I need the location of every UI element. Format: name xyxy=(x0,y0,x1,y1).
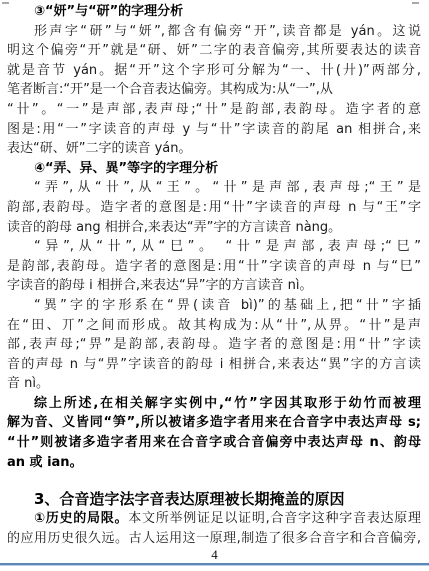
text-line: ④“弄、异、異”等字的字理分析 xyxy=(0,159,429,179)
text-line: ③“妍”与“研”的字理分析 xyxy=(0,2,429,22)
text-line: ①历史的局限。本文所举例证足以证明,合音字这种字音表达原理 xyxy=(0,509,429,529)
text-line: 韵部,表韵母。造字者的意图是:用“卄”字读音的声母 n 与“王”字 xyxy=(0,198,429,218)
text-segment: 部,表声母;“畀”是韵部,表韵母。造字者的意图是:用“卄”字读 xyxy=(7,337,421,352)
text-segment: 笔者断言:“开”是一个合音表达偏旁。其构成为:从“一”,从 xyxy=(7,82,333,97)
text-segment: 表达“研、妍”二字的读音 yán。 xyxy=(7,141,192,156)
bold-text-segment: “卄”则被诸多造字者用来在合音字或合音偏旁中表达声母 n、韵母 xyxy=(7,435,421,450)
text-line: 表达“研、妍”二字的读音 yán。 xyxy=(0,139,429,159)
text-line: 形声字“研”与“妍”,都含有偏旁“开”,读音都是 yán。这说 xyxy=(0,22,429,42)
text-line: 解为音、义皆同“笋”,所以被诸多造字者用来在合音字中表达声母 s; xyxy=(0,413,429,433)
text-segment: 音的声母 n 与“畀”字读音的韵母 i 相拼合,来表达“異”字的方言读 xyxy=(7,357,421,372)
text-line: “弄”,从“卄”,从“王”。“卄”是声部,表声母;“王”是 xyxy=(0,178,429,198)
bold-text-segment: 3、合音造字法字音表达原理被长期掩盖的原因 xyxy=(34,490,344,508)
text-line: 是韵部,表韵母。造字者的意图是:用“卄”字读音的声母 n 与“巳” xyxy=(0,257,429,277)
text-segment: 韵部,表韵母。造字者的意图是:用“卄”字读音的声母 n 与“王”字 xyxy=(7,200,421,215)
document-page: ③“妍”与“研”的字理分析形声字“研”与“妍”,都含有偏旁“开”,读音都是 yá… xyxy=(0,0,429,571)
text-segment: 就是音节 yán。据“开”这个字形可分解为“一、卄(廾)”两部分, xyxy=(7,63,421,78)
text-line: 音 nì。 xyxy=(0,374,429,394)
text-segment: 的应用历史很久远。古人运用这一原理,制造了很多合音字和合音偏旁, xyxy=(7,531,421,546)
text-segment: 是韵部,表韵母。造字者的意图是:用“卄”字读音的声母 n 与“巳” xyxy=(7,259,421,274)
text-segment: “卄”。“一”是声部,表声母;“卄”是韵部,表韵母。造字者的意 xyxy=(7,102,421,117)
text-segment: “異”字的字形系在“畀(读音 bì)”的基础上,把“卄”字插 xyxy=(34,298,421,313)
bold-text-segment: ①历史的局限。 xyxy=(34,511,128,526)
text-line: 读音的韵母 ang 相拼合,来表达“弄”字的方言读音 nàng。 xyxy=(0,218,429,238)
text-segment: “异”,从“卄”,从“巳”。 “卄”是声部,表声母;“巳” xyxy=(34,239,421,254)
text-segment: 本文所举例证足以证明,合音字这种字音表达原理 xyxy=(128,511,421,526)
text-line: “异”,从“卄”,从“巳”。 “卄”是声部,表声母;“巳” xyxy=(0,237,429,257)
page-number: 4 xyxy=(0,548,429,562)
text-line: 就是音节 yán。据“开”这个字形可分解为“一、卄(廾)”两部分, xyxy=(0,61,429,81)
text-line: 的应用历史很久远。古人运用这一原理,制造了很多合音字和合音偏旁, xyxy=(0,529,429,549)
footer-rule-highlight xyxy=(0,565,429,566)
text-segment: 明这个偏旁“开”就是“研、妍”二字的表音偏旁,其所要表达的读音 xyxy=(7,43,421,58)
text-segment: 读音的韵母 ang 相拼合,来表达“弄”字的方言读音 nàng。 xyxy=(7,220,341,235)
bold-text-segment: ④“弄、异、異”等字的字理分析 xyxy=(34,161,218,176)
text-line: 在“田、丌”之间而形成。故其构成为:从“卄”,从畀。“卄”是声 xyxy=(0,316,429,336)
text-line: 明这个偏旁“开”就是“研、妍”二字的表音偏旁,其所要表达的读音 xyxy=(0,41,429,61)
bold-text-segment: 解为音、义皆同“笋”,所以被诸多造字者用来在合音字中表达声母 s; xyxy=(7,415,421,430)
text-line: 音的声母 n 与“畀”字读音的韵母 i 相拼合,来表达“異”字的方言读 xyxy=(0,355,429,375)
bold-text-segment: an 或 ian。 xyxy=(7,455,83,470)
text-segment: 在“田、丌”之间而形成。故其构成为:从“卄”,从畀。“卄”是声 xyxy=(7,318,421,333)
text-line: “異”字的字形系在“畀(读音 bì)”的基础上,把“卄”字插 xyxy=(0,296,429,316)
text-line: 字读音的韵母 i 相拼合,来表达“异”字的方言读音 nì。 xyxy=(0,276,429,296)
text-segment: 字读音的韵母 i 相拼合,来表达“异”字的方言读音 nì。 xyxy=(7,278,312,293)
bold-text-segment: 综上所述,在相关解字实例中,“竹”字因其取形于幼竹而被理 xyxy=(34,396,421,411)
text-segment: 形声字“研”与“妍”,都含有偏旁“开”,读音都是 yán。这说 xyxy=(34,24,421,39)
text-line: 图是:用“一”字读音的声母 y 与“卄”字读音的韵尾 an 相拼合,来 xyxy=(0,120,429,140)
text-line: an 或 ian。 xyxy=(0,453,429,473)
bold-text-segment: ③“妍”与“研”的字理分析 xyxy=(34,4,183,19)
text-line: “卄”则被诸多造字者用来在合音字或合音偏旁中表达声母 n、韵母 xyxy=(0,433,429,453)
text-segment: 图是:用“一”字读音的声母 y 与“卄”字读音的韵尾 an 相拼合,来 xyxy=(7,122,421,137)
text-segment: 音 nì。 xyxy=(7,376,49,391)
text-segment: “弄”,从“卄”,从“王”。“卄”是声部,表声母;“王”是 xyxy=(34,180,421,195)
section-heading: 3、合音造字法字音表达原理被长期掩盖的原因 xyxy=(0,489,429,509)
text-line: “卄”。“一”是声部,表声母;“卄”是韵部,表韵母。造字者的意 xyxy=(0,100,429,120)
text-line: 综上所述,在相关解字实例中,“竹”字因其取形于幼竹而被理 xyxy=(0,394,429,414)
text-line: 笔者断言:“开”是一个合音表达偏旁。其构成为:从“一”,从 xyxy=(0,80,429,100)
document-body: ③“妍”与“研”的字理分析形声字“研”与“妍”,都含有偏旁“开”,读音都是 yá… xyxy=(0,2,429,548)
text-line: 部,表声母;“畀”是韵部,表韵母。造字者的意图是:用“卄”字读 xyxy=(0,335,429,355)
